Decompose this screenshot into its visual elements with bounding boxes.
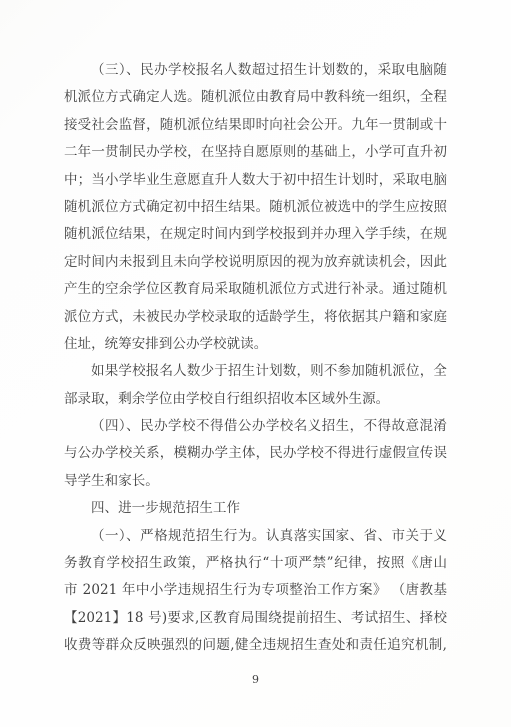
text-line: 机派位方式确定人选。随机派位由教育局中教科统一组织，全程	[64, 84, 447, 111]
text-line: 随机派位结果，在规定时间内到学校报到并办理入学手续，在规	[64, 221, 447, 248]
text-line: （一）、严格规范招生行为。认真落实国家、省、市关于义	[64, 523, 447, 550]
text-line: 中；当小学毕业生意愿直升人数大于初中招生计划时，采取电脑	[64, 167, 447, 194]
text-line: （四）、民办学校不得借公办学校名义招生，不得故意混淆	[64, 413, 447, 440]
text-line: （三）、民办学校报名人数超过招生计划数的，采取电脑随	[64, 57, 447, 84]
text-line: 如果学校报名人数少于招生计划数，则不参加随机派位，全	[64, 358, 447, 385]
text-block: （三）、民办学校报名人数超过招生计划数的，采取电脑随机派位方式确定人选。随机派位…	[64, 57, 447, 660]
text-line: 住址，统筹安排到公办学校就读。	[64, 331, 447, 358]
text-line: 市 2021 年中小学违规招生行为专项整治工作方案》 （唐教基	[64, 577, 447, 604]
text-line: 派位方式，未被民办学校录取的适龄学生，将依据其户籍和家庭	[64, 304, 447, 331]
text-line: 【2021】18 号)要求,区教育局围绕提前招生、考试招生、择校乱	[64, 605, 447, 632]
text-line: 二年一贯制民办学校，在坚持自愿原则的基础上，小学可直升初	[64, 139, 447, 166]
text-line: 务教育学校招生政策，严格执行“十项严禁”纪律，按照《唐山	[64, 550, 447, 577]
text-line: 四、进一步规范招生工作	[64, 495, 447, 522]
text-line: 部录取，剩余学位由学校自行组织招收本区域外生源。	[64, 386, 447, 413]
page-number: 9	[0, 673, 511, 687]
text-line: 与公办学校关系，模糊办学主体，民办学校不得进行虚假宣传误	[64, 440, 447, 467]
text-line: 产生的空余学位区教育局采取随机派位方式进行补录。通过随机	[64, 276, 447, 303]
text-line: 接受社会监督，随机派位结果即时向社会公开。九年一贯制或十	[64, 112, 447, 139]
document-page: （三）、民办学校报名人数超过招生计划数的，采取电脑随机派位方式确定人选。随机派位…	[0, 0, 511, 727]
text-line: 随机派位方式确定初中招生结果。随机派位被选中的学生应按照	[64, 194, 447, 221]
text-line: 定时间内未报到且未向学校说明原因的视为放弃就读机会，因此	[64, 249, 447, 276]
text-line: 收费等群众反映强烈的问题,健全违规招生查处和责任追究机制,	[64, 632, 447, 659]
text-line: 导学生和家长。	[64, 468, 447, 495]
